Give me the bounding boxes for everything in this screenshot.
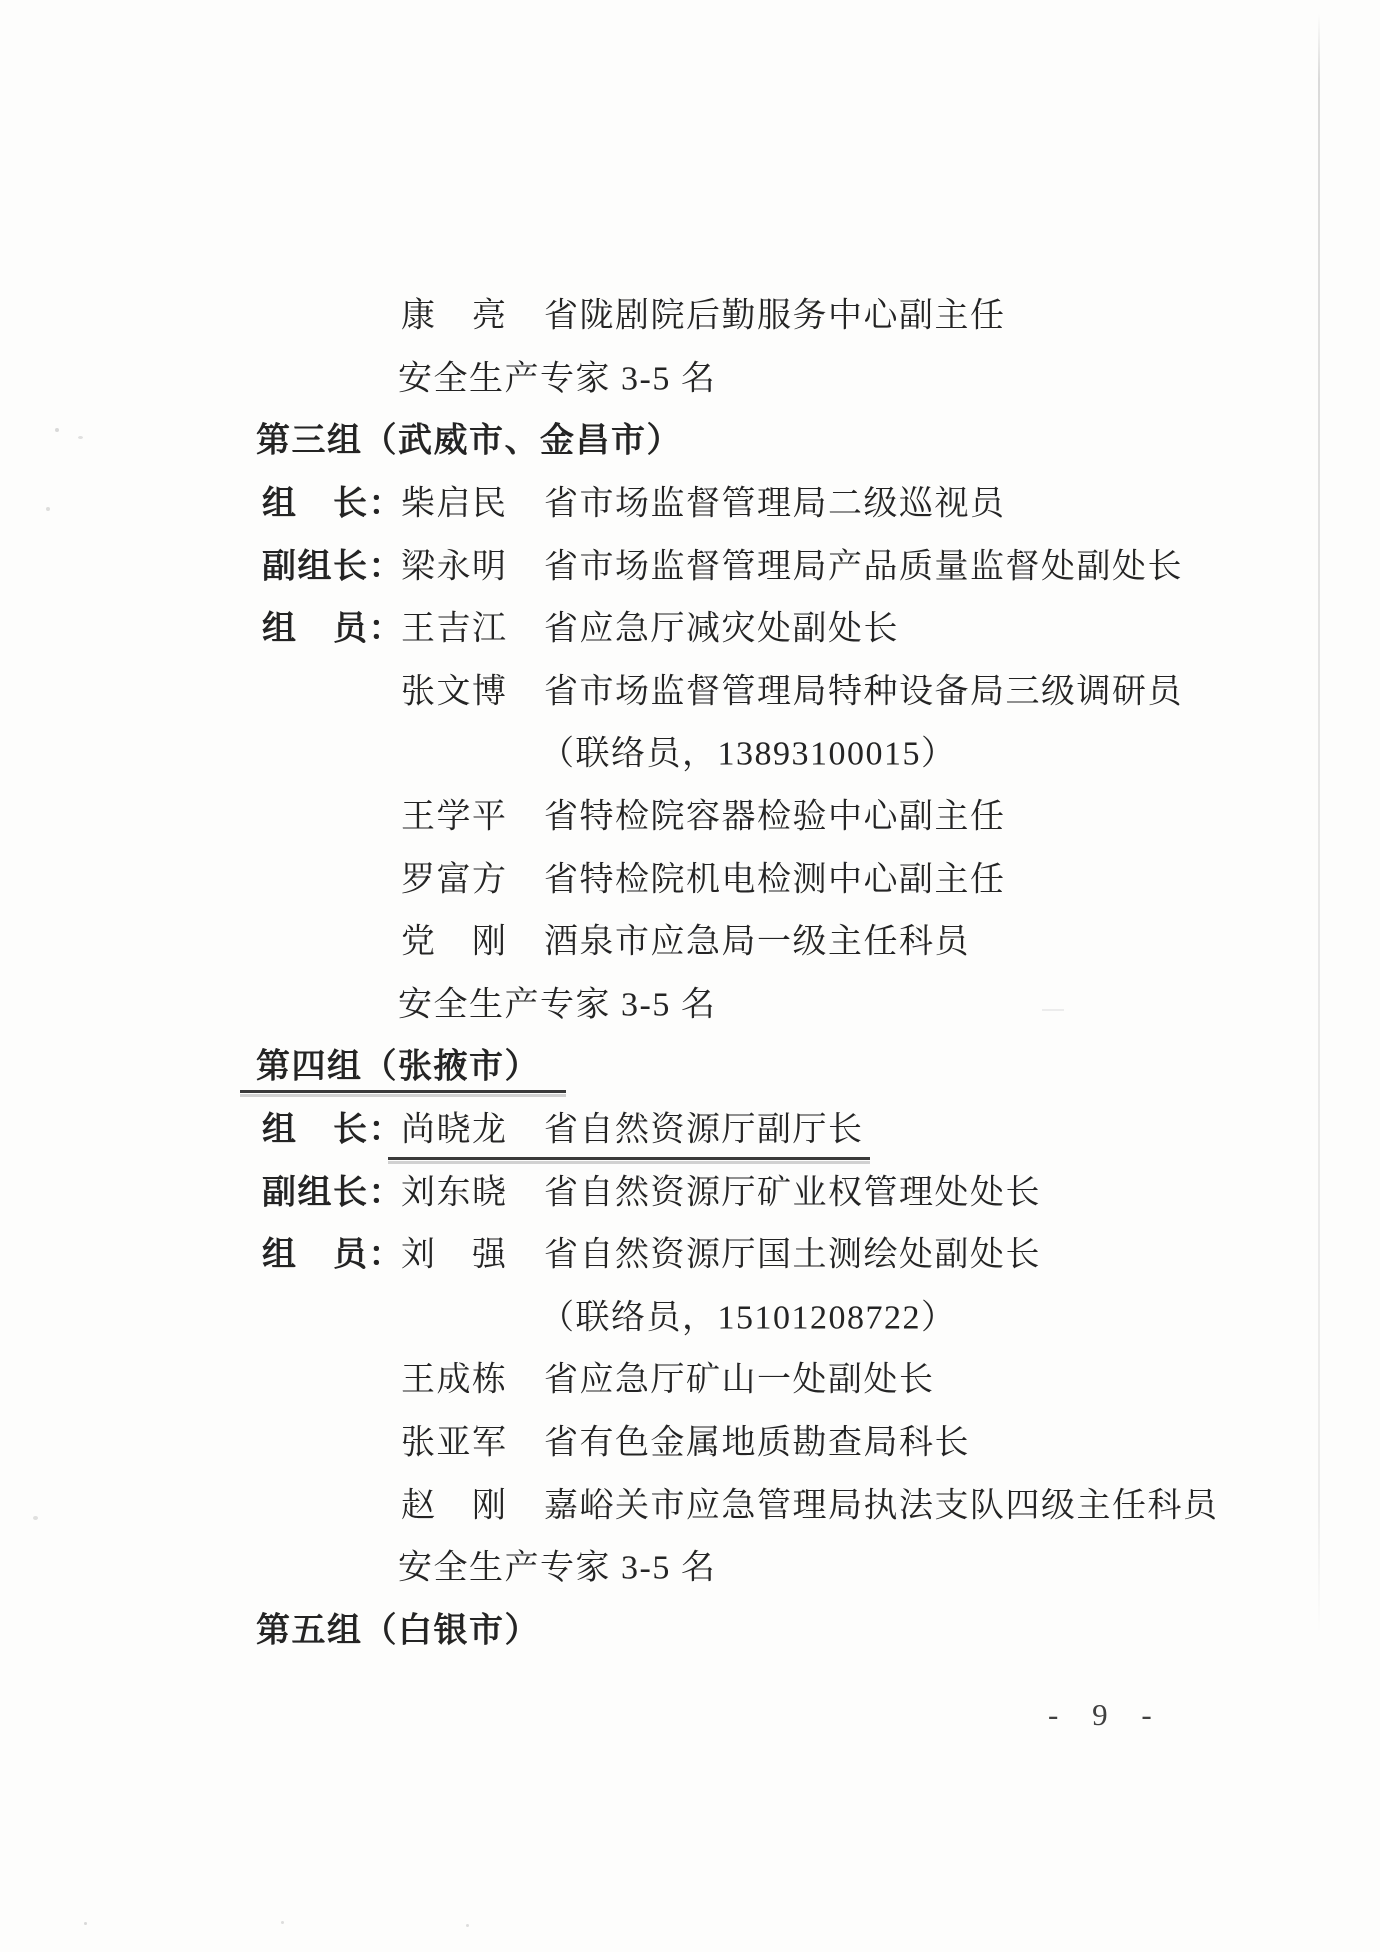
person-title: 省应急厅减灾处副处长 — [544, 601, 899, 650]
doc-line: 组 员：刘 强省自然资源厅国土测绘处副处长 — [0, 1220, 1380, 1283]
contact-note: （联络员，15101208722） — [540, 1289, 957, 1338]
scan-speck — [84, 1922, 87, 1925]
doc-line: 安全生产专家 3-5 名 — [0, 1533, 1380, 1596]
person-title: 省市场监督管理局二级巡视员 — [544, 476, 1006, 525]
person-title: 嘉峪关市应急管理局执法支队四级主任科员 — [544, 1477, 1219, 1526]
doc-line: 康 亮省陇剧院后勤服务中心副主任 — [0, 281, 1380, 344]
person-title: 省特检院机电检测中心副主任 — [544, 851, 1006, 900]
scan-speck — [466, 1924, 469, 1927]
doc-line: 第四组（张掖市） — [0, 1032, 1380, 1095]
doc-line: 赵 刚嘉峪关市应急管理局执法支队四级主任科员 — [0, 1470, 1380, 1533]
role-label: 组 员： — [262, 1227, 404, 1276]
doc-line: 罗富方省特检院机电检测中心副主任 — [0, 844, 1380, 907]
expert-note: 安全生产专家 3-5 名 — [398, 976, 716, 1025]
person-name: 王成栋 — [401, 1352, 508, 1401]
person-name: 罗富方 — [401, 851, 508, 900]
role-label: 副组长： — [262, 538, 404, 587]
person-name: 柴启民 — [401, 476, 508, 525]
doc-line: （联络员，13893100015） — [0, 719, 1380, 782]
group-heading: 第五组（白银市） — [256, 1602, 540, 1651]
person-title: 省自然资源厅副厅长 — [544, 1102, 864, 1151]
person-name: 王吉江 — [401, 601, 508, 650]
doc-line: 王学平省特检院容器检验中心副主任 — [0, 782, 1380, 845]
doc-line: （联络员，15101208722） — [0, 1283, 1380, 1346]
person-title: 省特检院容器检验中心副主任 — [544, 789, 1006, 838]
role-label: 副组长： — [262, 1164, 404, 1213]
doc-line: 安全生产专家 3-5 名 — [0, 970, 1380, 1033]
doc-line: 第五组（白银市） — [0, 1595, 1380, 1658]
person-name: 王学平 — [401, 789, 508, 838]
person-name: 梁永明 — [401, 538, 508, 587]
person-name: 张亚军 — [401, 1414, 508, 1463]
document-rows: 康 亮省陇剧院后勤服务中心副主任安全生产专家 3-5 名第三组（武威市、金昌市）… — [0, 281, 1380, 1658]
doc-line: 副组长：梁永明省市场监督管理局产品质量监督处副处长 — [0, 531, 1380, 594]
role-label: 组 长： — [262, 1102, 404, 1151]
role-label: 组 长： — [262, 476, 404, 525]
group-heading: 第三组（武威市、金昌市） — [256, 413, 682, 462]
person-title: 省自然资源厅国土测绘处副处长 — [544, 1227, 1041, 1276]
person-title: 省有色金属地质勘查局科长 — [544, 1414, 970, 1463]
person-title: 省自然资源厅矿业权管理处处长 — [544, 1164, 1041, 1213]
doc-line: 组 长：尚晓龙省自然资源厅副厅长 — [0, 1095, 1380, 1158]
underline-mark — [240, 1090, 566, 1093]
doc-line: 张文博省市场监督管理局特种设备局三级调研员 — [0, 657, 1380, 720]
page-number: - 9 - — [1048, 1697, 1165, 1733]
person-title: 省应急厅矿山一处副处长 — [544, 1352, 935, 1401]
scan-speck — [281, 1921, 284, 1924]
doc-line: 张亚军省有色金属地质勘查局科长 — [0, 1408, 1380, 1471]
doc-line: 第三组（武威市、金昌市） — [0, 406, 1380, 469]
expert-note: 安全生产专家 3-5 名 — [398, 350, 716, 399]
person-name: 赵 刚 — [401, 1477, 508, 1526]
doc-line: 副组长：刘东晓省自然资源厅矿业权管理处处长 — [0, 1157, 1380, 1220]
doc-line: 组 员：王吉江省应急厅减灾处副处长 — [0, 594, 1380, 657]
person-title: 省市场监督管理局特种设备局三级调研员 — [544, 663, 1183, 712]
document-page: 康 亮省陇剧院后勤服务中心副主任安全生产专家 3-5 名第三组（武威市、金昌市）… — [0, 0, 1380, 1952]
expert-note: 安全生产专家 3-5 名 — [398, 1540, 716, 1589]
person-name: 张文博 — [401, 663, 508, 712]
person-title: 省陇剧院后勤服务中心副主任 — [544, 288, 1006, 337]
doc-line: 组 长：柴启民省市场监督管理局二级巡视员 — [0, 469, 1380, 532]
doc-line: 党 刚酒泉市应急局一级主任科员 — [0, 907, 1380, 970]
doc-line: 安全生产专家 3-5 名 — [0, 344, 1380, 407]
doc-line: 王成栋省应急厅矿山一处副处长 — [0, 1345, 1380, 1408]
person-title: 酒泉市应急局一级主任科员 — [544, 914, 970, 963]
person-name: 尚晓龙 — [401, 1102, 508, 1151]
person-name: 党 刚 — [401, 914, 508, 963]
person-name: 刘 强 — [401, 1227, 508, 1276]
person-name: 刘东晓 — [401, 1164, 508, 1213]
role-label: 组 员： — [262, 601, 404, 650]
person-title: 省市场监督管理局产品质量监督处副处长 — [544, 538, 1183, 587]
contact-note: （联络员，13893100015） — [540, 726, 957, 775]
person-name: 康 亮 — [401, 288, 508, 337]
group-heading: 第四组（张掖市） — [256, 1039, 540, 1088]
